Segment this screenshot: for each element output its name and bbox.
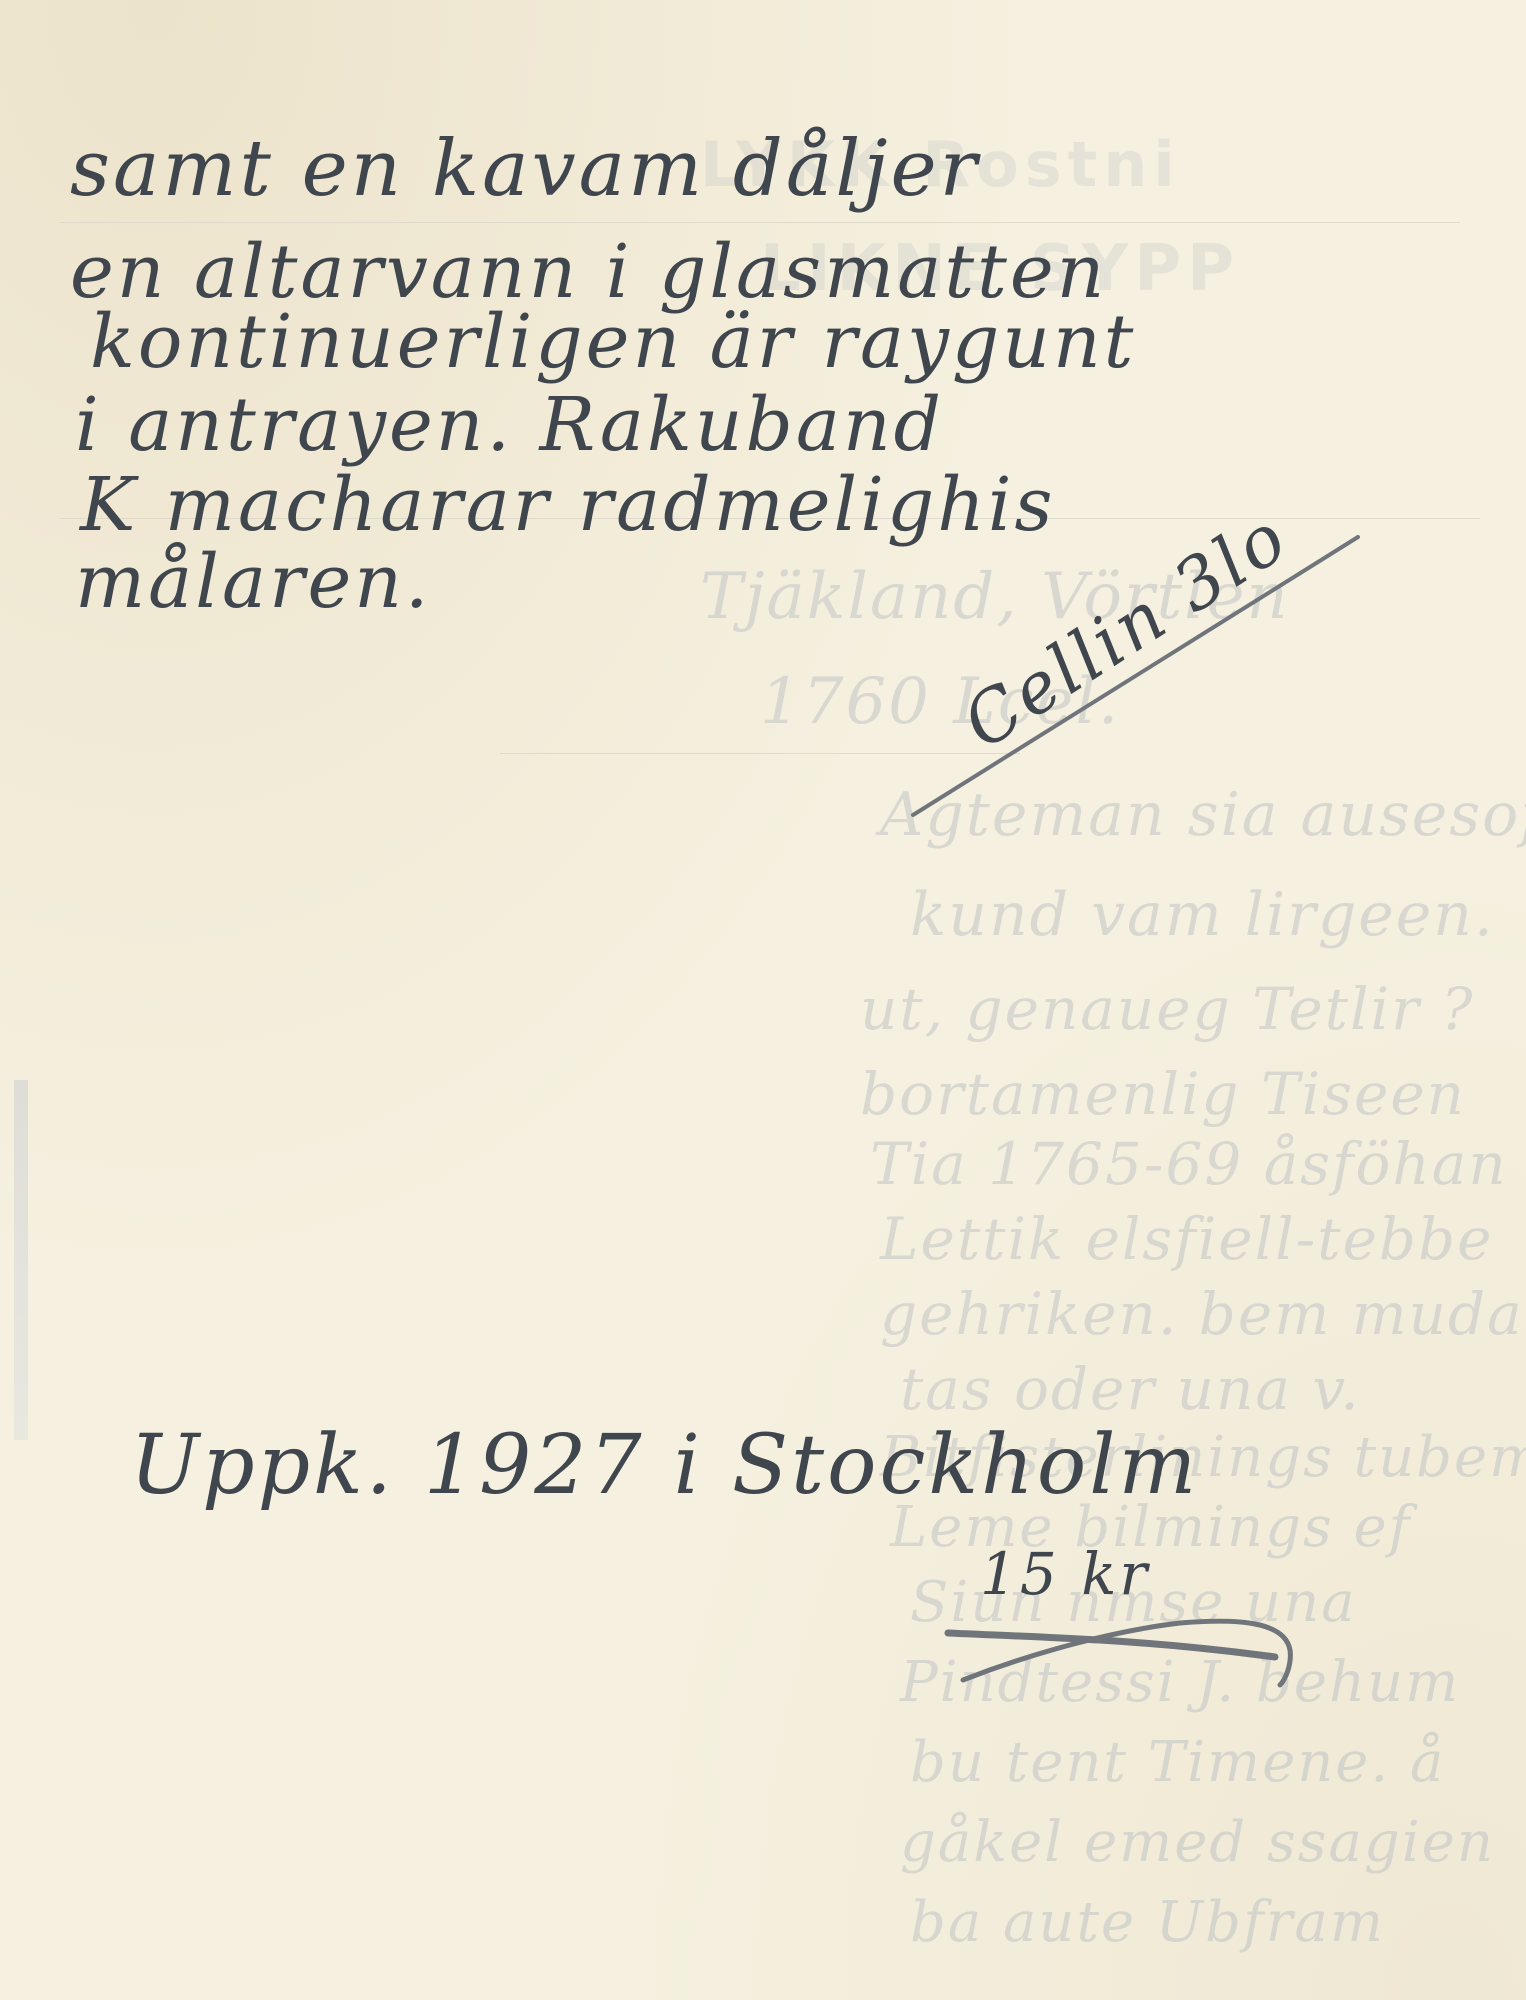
signature-strokes bbox=[0, 0, 1526, 2000]
acquisition-note: Uppk. 1927 i Stockholm bbox=[130, 1425, 1199, 1507]
price-note: 15 kr bbox=[980, 1545, 1150, 1603]
